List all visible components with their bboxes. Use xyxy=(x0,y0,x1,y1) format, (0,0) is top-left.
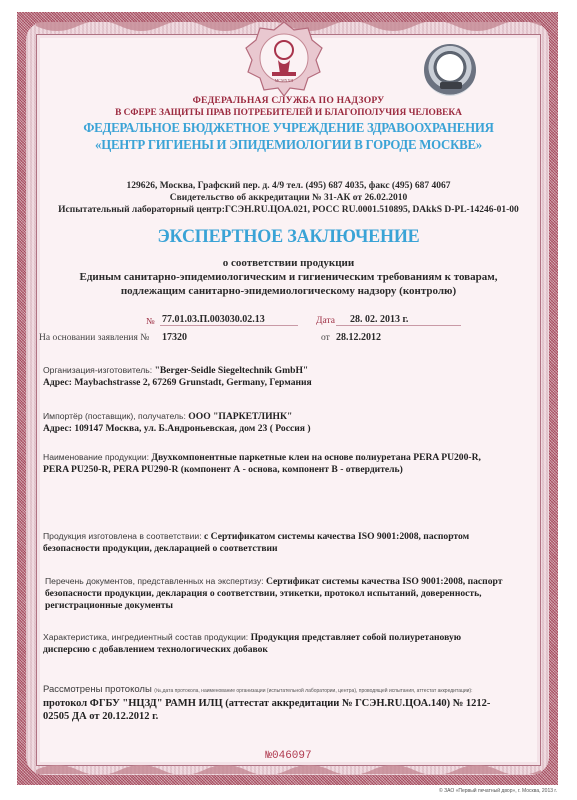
protocols-label: Рассмотрены протоколы xyxy=(43,684,152,695)
date-label: Дата xyxy=(316,316,335,326)
application-date: 28.12.2012 xyxy=(336,332,381,343)
manufacturer-section: Организация-изготовитель: "Berger-Seidle… xyxy=(43,364,503,389)
hologram-sticker-icon xyxy=(424,44,476,96)
composition-section: Характеристика, ингредиентный состав про… xyxy=(43,631,503,656)
documents-label: Перечень документов, представленных на э… xyxy=(45,576,264,586)
composition-label: Характеристика, ингредиентный состав про… xyxy=(43,632,248,642)
product-label: Наименование продукции: xyxy=(43,452,149,462)
compliance-section: Продукция изготовлена в соответствии: с … xyxy=(43,530,503,555)
manufacturer-label: Организация-изготовитель: xyxy=(43,365,152,375)
institution-address: 129626, Москва, Графский пер. д. 4/9 тел… xyxy=(36,181,541,191)
document-subtitle-2: Единым санитарно-эпидемиологическим и ги… xyxy=(36,271,541,283)
number-sign: № xyxy=(146,316,155,326)
agency-name-line2: В СФЕРЕ ЗАЩИТЫ ПРАВ ПОТРЕБИТЕЛЕЙ И БЛАГО… xyxy=(36,108,541,118)
application-label: На основании заявления № xyxy=(39,333,149,343)
documents-section: Перечень документов, представленных на э… xyxy=(45,575,505,612)
emblem-seal-icon: MCMXXII xyxy=(242,20,326,96)
document-subtitle-3: подлежащим санитарно-эпидемиологическому… xyxy=(36,285,541,297)
svg-text:MCMXXII: MCMXXII xyxy=(275,78,294,83)
serial-number: №046097 xyxy=(36,750,541,762)
application-number: 17320 xyxy=(162,332,187,343)
product-section: Наименование продукции: Двухкомпонентные… xyxy=(43,451,503,476)
protocols-hint: (№,дата протокола, наименование организа… xyxy=(154,688,472,694)
printer-imprint: © ЗАО «Первый печатный двор», г. Москва,… xyxy=(439,788,557,794)
registration-date: 28. 02. 2013 г. xyxy=(336,314,461,326)
registration-number: 77.01.03.П.003030.02.13 xyxy=(160,314,298,326)
application-from-label: от xyxy=(321,333,330,343)
document-subtitle-1: о соответствии продукции xyxy=(36,257,541,269)
registration-number-row: № 77.01.03.П.003030.02.13 Дата 28. 02. 2… xyxy=(36,314,541,328)
bottom-wave-ornament xyxy=(36,760,541,774)
importer-label: Импортёр (поставщик), получатель: xyxy=(43,411,186,421)
document-title: ЭКСПЕРТНОЕ ЗАКЛЮЧЕНИЕ xyxy=(49,226,529,248)
institution-name-line2: «ЦЕНТР ГИГИЕНЫ И ЭПИДЕМИОЛОГИИ В ГОРОДЕ … xyxy=(56,138,521,154)
institution-name-line1: ФЕДЕРАЛЬНОЕ БЮДЖЕТНОЕ УЧРЕЖДЕНИЕ ЗДРАВОО… xyxy=(56,121,521,137)
manufacturer-address: Адрес: Maybachstrasse 2, 67269 Grunstadt… xyxy=(43,377,312,388)
lab-center-ids: Испытательный лабораторный центр:ГСЭН.RU… xyxy=(36,205,541,215)
importer-value: ООО "ПАРКЕТЛИНК" xyxy=(188,411,292,422)
manufacturer-value: "Berger-Seidle Siegeltechnik GmbH" xyxy=(155,365,309,376)
importer-section: Импортёр (поставщик), получатель: ООО "П… xyxy=(43,410,503,435)
agency-name-line1: ФЕДЕРАЛЬНАЯ СЛУЖБА ПО НАДЗОРУ xyxy=(36,95,541,106)
protocols-value: протокол ФГБУ "НЦЗД" РАМН ИЛЦ (аттестат … xyxy=(43,698,490,722)
protocols-section: Рассмотрены протоколы (№,дата протокола,… xyxy=(43,684,503,723)
importer-address: Адрес: 109147 Москва, ул. Б.Андроньевска… xyxy=(43,423,311,434)
accreditation-certificate: Свидетельство об аккредитации № 31-АК от… xyxy=(36,193,541,203)
hologram-label xyxy=(440,82,462,89)
compliance-label: Продукция изготовлена в соответствии: xyxy=(43,531,202,541)
